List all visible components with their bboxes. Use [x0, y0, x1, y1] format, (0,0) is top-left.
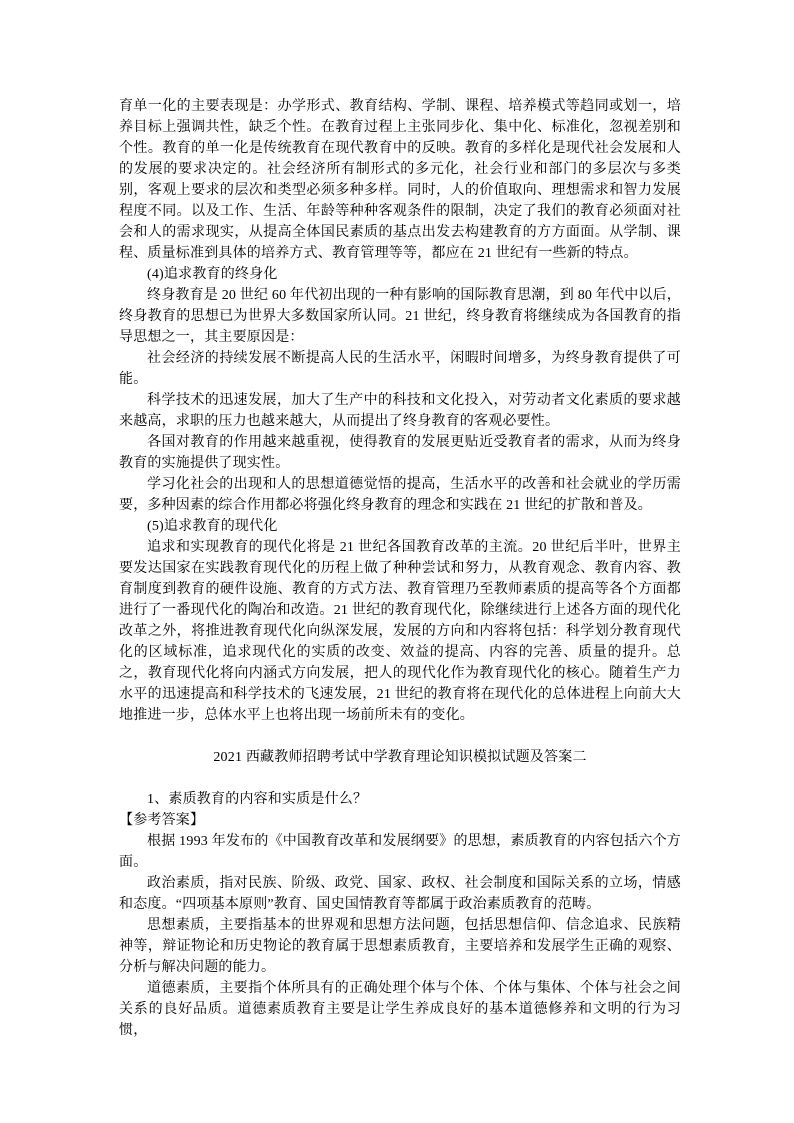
body-paragraph: 社会经济的持续发展不断提高人民的生活水平，闲暇时间增多，为终身教育提供了可能。 [119, 348, 681, 390]
body-paragraph: 科学技术的迅速发展，加大了生产中的科技和文化投入，对劳动者文化素质的要求越来越高… [119, 390, 681, 432]
body-paragraph: 追求和实现教育的现代化将是 21 世纪各国教育改革的主流。20 世纪后半叶，世界… [119, 537, 681, 726]
answer-paragraph-continued: 道德素质，主要指个体所具有的正确处理个体与个体、个体与集体、个体与社会之间关系的… [119, 978, 681, 1041]
doc-title: 2021 西藏教师招聘考试中学教育理论知识模拟试题及答案二 [119, 747, 681, 768]
question-1: 1、素质教育的内容和实质是什么？ [119, 789, 681, 810]
answer-paragraph: 政治素质，指对民族、阶级、政党、国家、政权、社会制度和国际关系的立场，情感和态度… [119, 873, 681, 915]
blank-line [119, 726, 681, 747]
document-page: 育单一化的主要表现是：办学形式、教育结构、学制、课程、培养模式等趋同或划一，培养… [0, 0, 794, 1123]
answer-paragraph: 思想素质，主要指基本的世界观和思想方法问题，包括思想信仰、信念追求、民族精神等，… [119, 915, 681, 978]
body-paragraph: 各国对教育的作用越来越重视，使得教育的发展更贴近受教育者的需求，从而为终身教育的… [119, 432, 681, 474]
body-paragraph: 学习化社会的出现和人的思想道德觉悟的提高，生活水平的改善和社会就业的学历需要，多… [119, 474, 681, 516]
subsection-heading-5: (5)追求教育的现代化 [119, 516, 681, 537]
subsection-heading-4: (4)追求教育的终身化 [119, 264, 681, 285]
body-paragraph-continued: 育单一化的主要表现是：办学形式、教育结构、学制、课程、培养模式等趋同或划一，培养… [119, 96, 681, 264]
blank-line [119, 768, 681, 789]
body-paragraph: 终身教育是 20 世纪 60 年代初出现的一种有影响的国际教育思潮，到 80 年… [119, 285, 681, 348]
document-body: 育单一化的主要表现是：办学形式、教育结构、学制、课程、培养模式等趋同或划一，培养… [119, 96, 681, 1041]
answer-label: 【参考答案】 [119, 810, 681, 831]
answer-paragraph: 根据 1993 年发布的《中国教育改革和发展纲要》的思想，素质教育的内容包括六个… [119, 831, 681, 873]
